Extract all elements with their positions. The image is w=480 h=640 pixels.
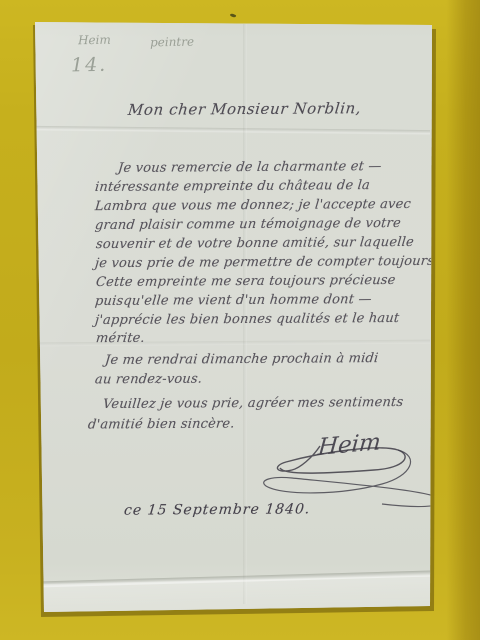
- dust-speck: [230, 13, 237, 18]
- body-line: intéressante empreinte du château de la: [94, 178, 370, 195]
- pencil-catalog-number: 14.: [71, 54, 108, 77]
- body-line: Cette empreinte me sera toujours précieu…: [95, 273, 396, 290]
- body-line: Lambra que vous me donnez; je l'accepte …: [94, 197, 411, 214]
- body-line: puisqu'elle me vient d'un homme dont —: [94, 292, 372, 309]
- body-line: je vous prie de me permettre de compter …: [94, 254, 439, 271]
- body-line: Je me rendrai dimanche prochain à midi: [104, 351, 379, 368]
- body-line: mérite.: [95, 331, 145, 346]
- pencil-artist-role: peintre: [150, 35, 194, 50]
- pencil-artist-name: Heim: [78, 33, 111, 48]
- date-line: ce 15 Septembre 1840.: [123, 501, 311, 518]
- body-line: j'apprécie les bien bonnes qualités et l…: [94, 311, 400, 328]
- photograph-of-letter: Heim peintre 14. Mon cher Monsieur Norbl…: [0, 0, 480, 640]
- body-line: souvenir et de votre bonne amitié, sur l…: [95, 235, 414, 252]
- fold-crease-top: [36, 126, 430, 135]
- salutation: Mon cher Monsieur Norblin,: [127, 99, 362, 119]
- closing-line: Veuillez je vous prie, agréer mes sentim…: [102, 395, 404, 412]
- body-line: Je vous remercie de la charmante et —: [117, 159, 382, 176]
- closing-line: d'amitié bien sincère.: [87, 416, 235, 432]
- fold-crease-bottom: [30, 570, 440, 587]
- body-line: au rendez-vous.: [94, 372, 203, 388]
- body-line: grand plaisir comme un témoignage de vot…: [94, 216, 401, 233]
- letter-paper: Heim peintre 14. Mon cher Monsieur Norbl…: [0, 0, 480, 640]
